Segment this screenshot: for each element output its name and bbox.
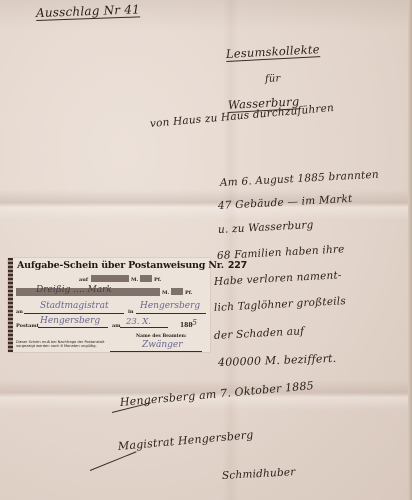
pfennig-mark-2: Pf. [185, 290, 192, 296]
year-suffix: 5 [192, 318, 197, 327]
postal-receipt: Aufgabe-Schein über Postanweisung Nr.227… [8, 258, 210, 352]
recipient-line [24, 313, 124, 314]
amount-prefix: auf [79, 277, 88, 283]
paper-edge [408, 0, 412, 500]
receipt-number: 227 [228, 260, 247, 271]
pfennig-redaction-2 [171, 288, 183, 295]
receipt-footer-note: Dieser Schein muß bei Nachfrage der Post… [16, 340, 104, 349]
date: 23. X. [126, 317, 151, 327]
year-prefix: 188 [180, 322, 193, 329]
receipt-ornamental-border [8, 258, 13, 352]
amount-redaction [91, 275, 129, 282]
official-label: Name des Beamten: [136, 334, 187, 339]
amount-words: Dreißig .... Mark [36, 285, 112, 295]
in-label: in [128, 309, 134, 315]
post-office: Hengersberg [40, 316, 100, 326]
pfennig-redaction [140, 275, 152, 282]
to-label: an [16, 309, 23, 315]
pfennig-mark: Pf. [154, 277, 161, 283]
signature-line [110, 351, 202, 352]
recipient-place: Hengersberg [140, 301, 200, 311]
currency-mark-2: M. [162, 290, 169, 296]
title-line-2: für [265, 73, 281, 85]
receipt-title: Aufgabe-Schein über Postanweisung Nr.227 [17, 260, 247, 271]
official-signature: Zwänger [142, 340, 183, 350]
footer-note-line-2: vorgezeigt werden nach 6 Monaten ungülti… [16, 344, 104, 348]
place-line [136, 313, 206, 314]
paper-background [0, 0, 412, 500]
date-label: am [112, 323, 121, 329]
post-office-line [38, 327, 108, 328]
receipt-title-text: Aufgabe-Schein über Postanweisung Nr. [17, 260, 224, 271]
post-office-label: Postamt [16, 323, 39, 329]
currency-mark: M. [131, 277, 138, 283]
recipient: Stadtmagistrat [40, 301, 109, 311]
date-line [120, 327, 168, 328]
